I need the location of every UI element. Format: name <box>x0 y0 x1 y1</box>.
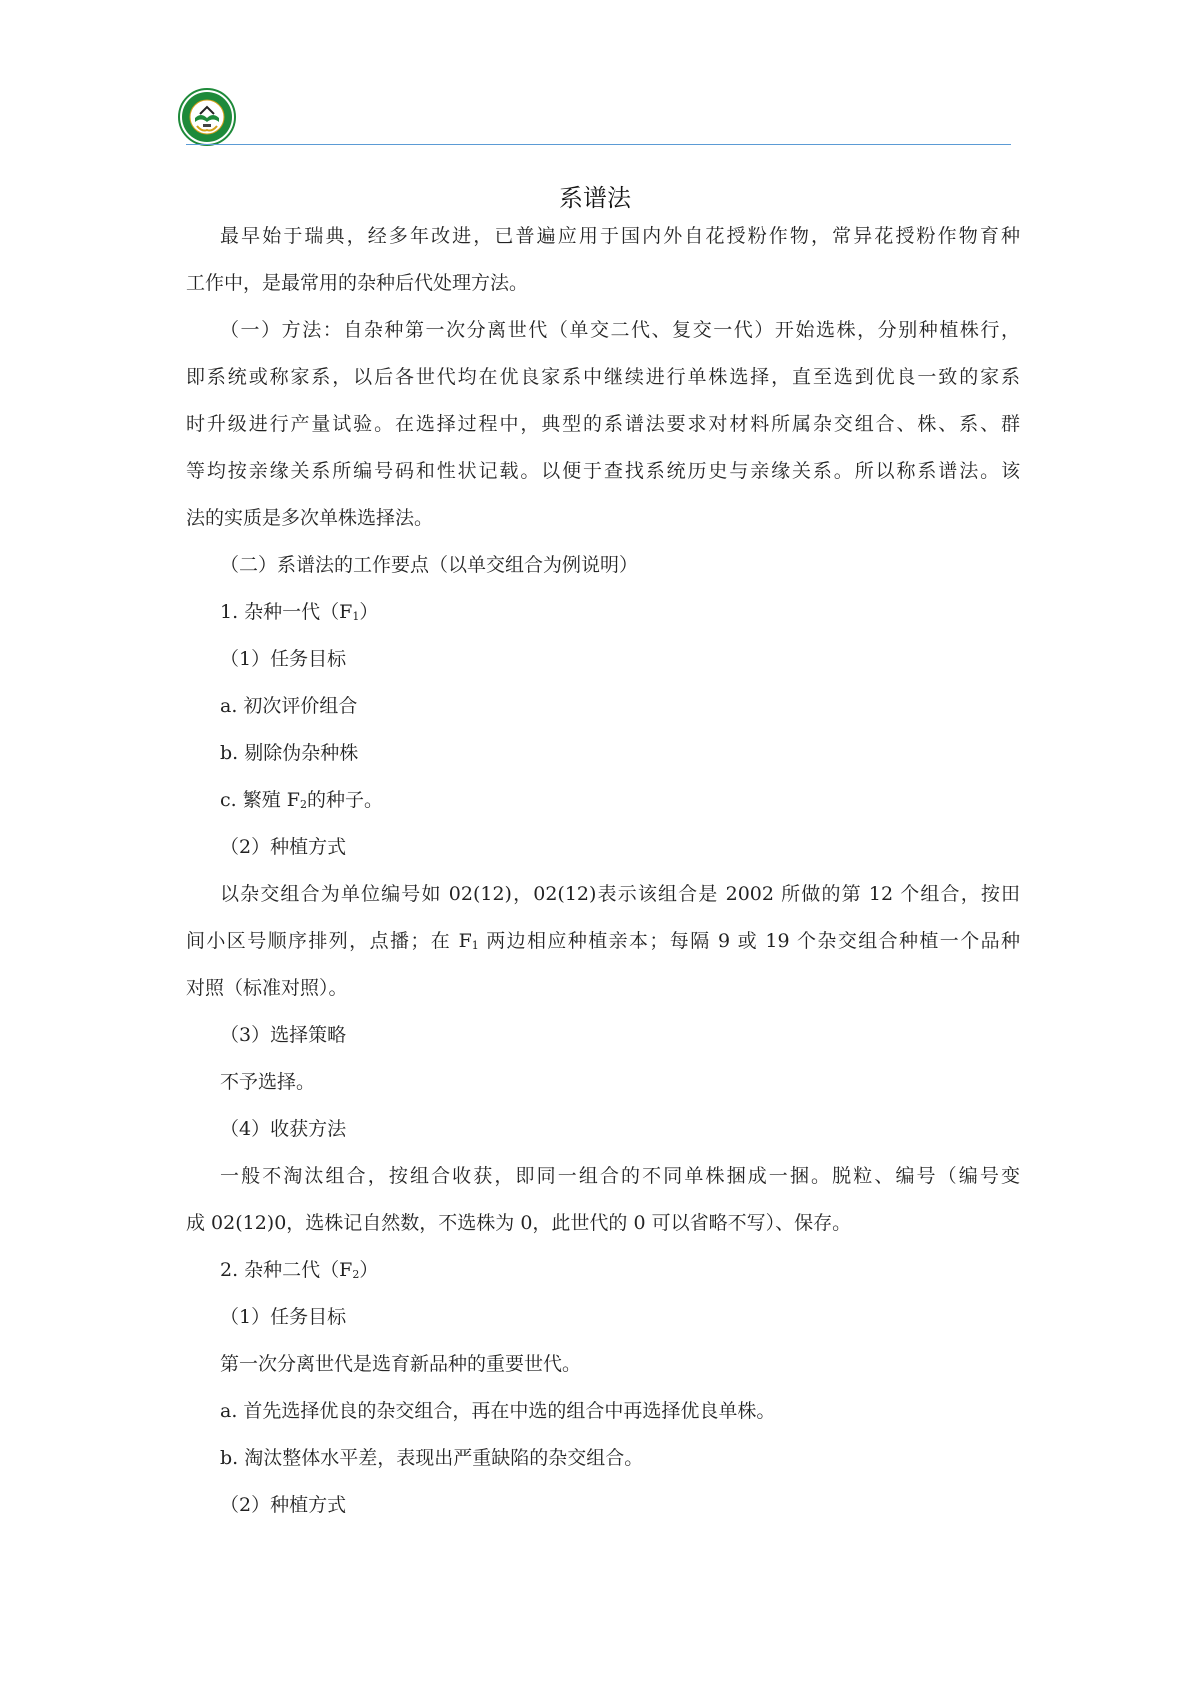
line-text: 工作中，是最常用的杂种后代处理方法。 <box>186 272 528 294</box>
line-text: （1）任务目标 <box>220 648 346 670</box>
line-text-after: 两边相应种植亲本；每隔 9 或 19 个杂交组合种植一个品种 <box>479 930 1020 952</box>
paragraph-line: b. 剔除伪杂种株 <box>220 741 358 765</box>
paragraph-line: 对照（标准对照）。 <box>186 976 348 1000</box>
line-text: 第一次分离世代是选育新品种的重要世代。 <box>220 1353 581 1375</box>
subscript: 1 <box>472 939 479 952</box>
line-text: 时升级进行产量试验。在选择过程中，典型的系谱法要求对材料所属杂交组合、株、系、群 <box>186 413 1020 435</box>
paragraph-line: （1）任务目标 <box>220 647 346 671</box>
line-text: 以杂交组合为单位编号如 02(12)，02(12)表示该组合是 2002 所做的… <box>220 883 1020 905</box>
line-text: 法的实质是多次单株选择法。 <box>186 507 433 529</box>
line-text: b. 剔除伪杂种株 <box>220 742 358 764</box>
paragraph-line: 工作中，是最常用的杂种后代处理方法。 <box>186 271 528 295</box>
paragraph-line: 不予选择。 <box>220 1070 315 1094</box>
school-emblem-icon <box>178 88 236 146</box>
line-text: c. 繁殖 F <box>220 789 300 811</box>
line-text: 一般不淘汰组合，按组合收获，即同一组合的不同单株捆成一捆。脱粒、编号（编号变 <box>220 1165 1020 1187</box>
paragraph-line: （1）任务目标 <box>220 1305 346 1329</box>
paragraph-line: 2. 杂种二代（F2） <box>220 1258 378 1287</box>
paragraph-line: 时升级进行产量试验。在选择过程中，典型的系谱法要求对材料所属杂交组合、株、系、群 <box>186 412 1020 436</box>
paragraph-line: 1. 杂种一代（F1） <box>220 600 378 629</box>
line-text: （3）选择策略 <box>220 1024 346 1046</box>
line-text: （1）任务目标 <box>220 1306 346 1328</box>
line-text-after: ） <box>359 1259 378 1281</box>
line-text: 最早始于瑞典，经多年改进，已普遍应用于国内外自花授粉作物，常异花授粉作物育种 <box>220 225 1020 247</box>
line-text: （一）方法：自杂种第一次分离世代（单交二代、复交一代）开始选株，分别种植株行， <box>220 319 1020 341</box>
paragraph-line: c. 繁殖 F2的种子。 <box>220 788 383 817</box>
paragraph-line: （2）种植方式 <box>220 1493 346 1517</box>
line-text: 间小区号顺序排列，点播；在 F <box>186 930 472 952</box>
line-text: 对照（标准对照）。 <box>186 977 348 999</box>
header-rule <box>186 144 1011 145</box>
line-text: （2）种植方式 <box>220 836 346 858</box>
paragraph-line: （二）系谱法的工作要点（以单交组合为例说明） <box>220 553 638 577</box>
paragraph-line: a. 初次评价组合 <box>220 694 357 718</box>
line-text: a. 初次评价组合 <box>220 695 357 717</box>
paragraph-line: 以杂交组合为单位编号如 02(12)，02(12)表示该组合是 2002 所做的… <box>220 882 1020 906</box>
paragraph-line: 最早始于瑞典，经多年改进，已普遍应用于国内外自花授粉作物，常异花授粉作物育种 <box>220 224 1020 248</box>
page-title: 系谱法 <box>0 178 1190 213</box>
subscript: 2 <box>300 798 307 811</box>
paragraph-line: （一）方法：自杂种第一次分离世代（单交二代、复交一代）开始选株，分别种植株行， <box>220 318 1020 342</box>
line-text: 2. 杂种二代（F <box>220 1259 352 1281</box>
line-text: 即系统或称家系，以后各世代均在优良家系中继续进行单株选择，直至选到优良一致的家系 <box>186 366 1020 388</box>
line-text: 等均按亲缘关系所编号码和性状记载。以便于查找系统历史与亲缘关系。所以称系谱法。该 <box>186 460 1020 482</box>
line-text: 1. 杂种一代（F <box>220 601 352 623</box>
line-text-after: 的种子。 <box>307 789 383 811</box>
paragraph-line: （4）收获方法 <box>220 1117 346 1141</box>
paragraph-line: 法的实质是多次单株选择法。 <box>186 506 433 530</box>
line-text: （2）种植方式 <box>220 1494 346 1516</box>
paragraph-line: a. 首先选择优良的杂交组合，再在中选的组合中再选择优良单株。 <box>220 1399 775 1423</box>
paragraph-line: （3）选择策略 <box>220 1023 346 1047</box>
paragraph-line: 第一次分离世代是选育新品种的重要世代。 <box>220 1352 581 1376</box>
paragraph-line: b. 淘汰整体水平差，表现出严重缺陷的杂交组合。 <box>220 1446 643 1470</box>
paragraph-line: 等均按亲缘关系所编号码和性状记载。以便于查找系统历史与亲缘关系。所以称系谱法。该 <box>186 459 1020 483</box>
line-text: 不予选择。 <box>220 1071 315 1093</box>
paragraph-line: 间小区号顺序排列，点播；在 F1 两边相应种植亲本；每隔 9 或 19 个杂交组… <box>186 929 1020 958</box>
line-text: （4）收获方法 <box>220 1118 346 1140</box>
line-text: b. 淘汰整体水平差，表现出严重缺陷的杂交组合。 <box>220 1447 643 1469</box>
paragraph-line: 一般不淘汰组合，按组合收获，即同一组合的不同单株捆成一捆。脱粒、编号（编号变 <box>220 1164 1020 1188</box>
line-text: a. 首先选择优良的杂交组合，再在中选的组合中再选择优良单株。 <box>220 1400 775 1422</box>
paragraph-line: 成 02(12)0，选株记自然数，不选株为 0，此世代的 0 可以省略不写）、保… <box>186 1211 851 1235</box>
line-text-after: ） <box>359 601 378 623</box>
line-text: 成 02(12)0，选株记自然数，不选株为 0，此世代的 0 可以省略不写）、保… <box>186 1212 851 1234</box>
paragraph-line: 即系统或称家系，以后各世代均在优良家系中继续进行单株选择，直至选到优良一致的家系 <box>186 365 1020 389</box>
line-text: （二）系谱法的工作要点（以单交组合为例说明） <box>220 554 638 576</box>
paragraph-line: （2）种植方式 <box>220 835 346 859</box>
